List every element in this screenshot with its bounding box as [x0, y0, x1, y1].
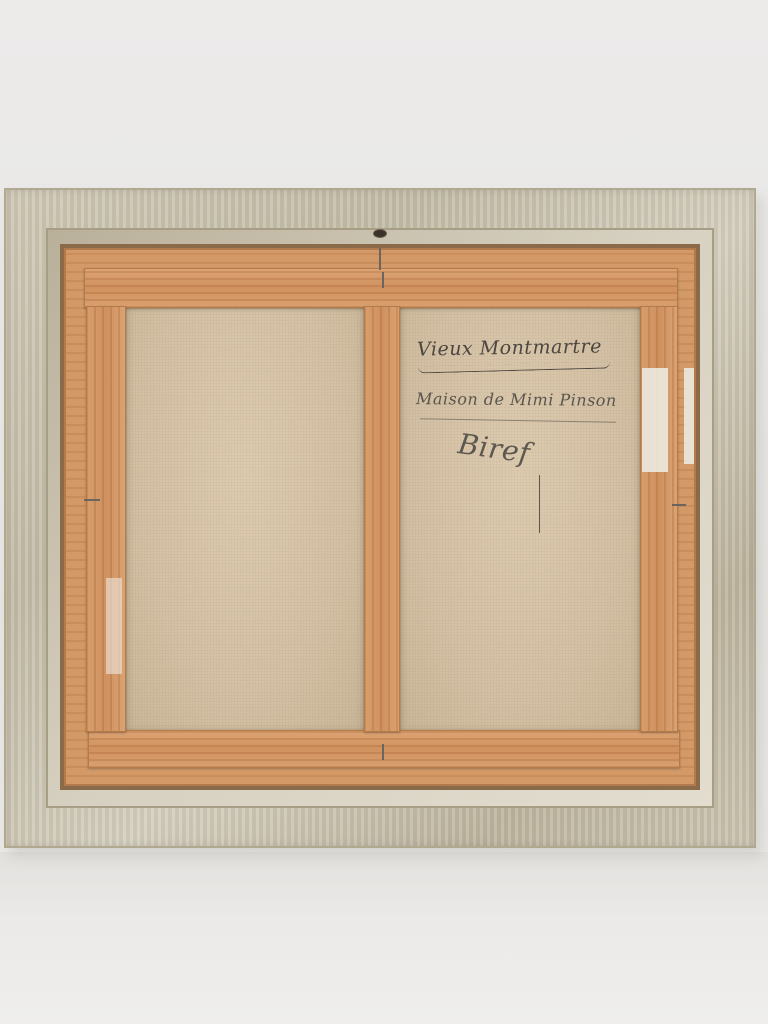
staple	[84, 499, 100, 501]
hanging-hook	[374, 230, 386, 237]
stretcher-bottom-bar	[88, 730, 680, 768]
staple	[382, 744, 384, 760]
floor-surface	[0, 852, 768, 1024]
inscription-subtitle: Maison de Mimi Pinson	[416, 389, 617, 410]
canvas-left-panel	[126, 306, 364, 732]
stretcher-top-bar	[84, 268, 678, 308]
paint-chip	[642, 368, 668, 472]
staple	[379, 248, 381, 270]
signature-stroke	[539, 475, 540, 533]
paint-chip	[106, 578, 122, 674]
stretcher-center-crossbar	[364, 306, 400, 732]
picture-frame	[4, 188, 756, 848]
inscription-title: Vieux Montmartre	[417, 335, 602, 360]
paint-chip	[684, 368, 694, 464]
staple	[672, 504, 686, 506]
staple	[382, 272, 384, 288]
